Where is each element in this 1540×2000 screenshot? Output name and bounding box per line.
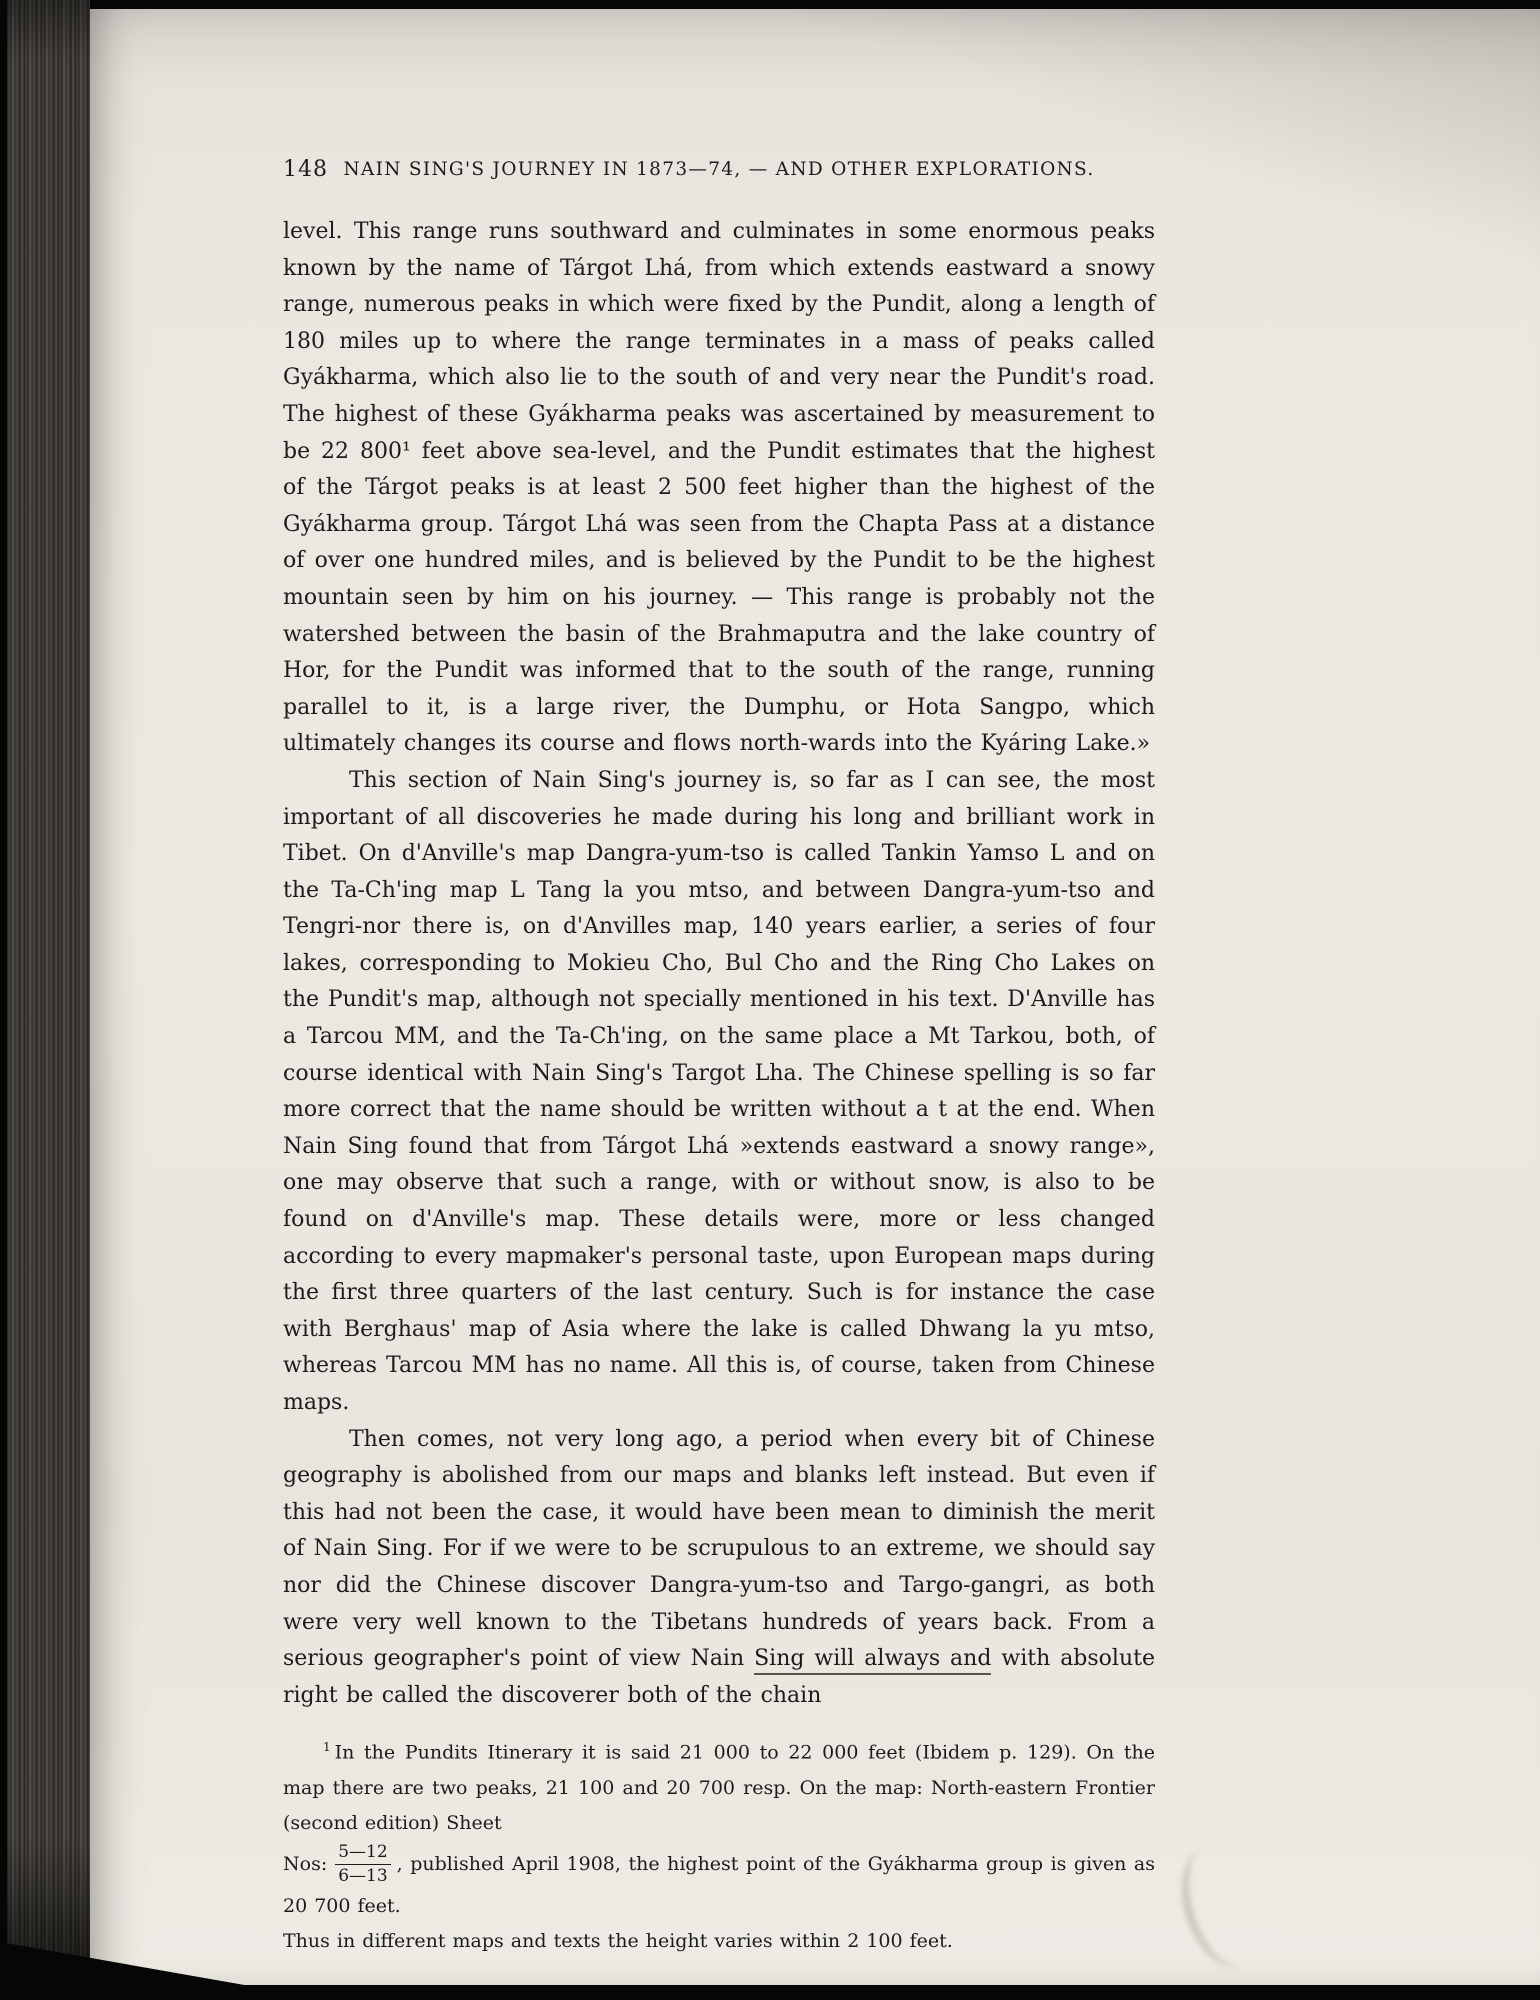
footnote-last-line: Thus in different maps and texts the hei… bbox=[283, 1924, 1155, 1959]
paragraph-1: level. This range runs southward and cul… bbox=[283, 214, 1155, 763]
smudge-mark bbox=[1168, 1835, 1281, 1978]
page-header: 148 NAIN SING'S JOURNEY IN 1873—74, — AN… bbox=[283, 157, 1155, 187]
footnote-text-1: In the Pundits Itinerary it is said 21 0… bbox=[283, 1742, 1155, 1834]
footnote-text-2: , published April 1908, the highest poin… bbox=[283, 1853, 1155, 1917]
footnote: 1In the Pundits Itinerary it is said 21 … bbox=[283, 1730, 1155, 1958]
fraction-denominator: 6—13 bbox=[335, 1865, 390, 1887]
footnote-sheet-line: Nos:5—126—13, published April 1908, the … bbox=[283, 1841, 1155, 1924]
fraction-numerator: 5—12 bbox=[335, 1843, 390, 1866]
page-number: 148 bbox=[283, 157, 328, 182]
footnote-paragraph: 1In the Pundits Itinerary it is said 21 … bbox=[283, 1730, 1155, 1840]
sheet-nos-label: Nos: bbox=[283, 1853, 327, 1875]
footnote-marker: 1 bbox=[323, 1740, 331, 1754]
page-content: 148 NAIN SING'S JOURNEY IN 1873—74, — AN… bbox=[90, 9, 1155, 1959]
underlined-text: Sing will always and bbox=[754, 1646, 991, 1675]
page-body: level. This range runs southward and cul… bbox=[283, 214, 1155, 1714]
book-spine-page-edges bbox=[7, 0, 90, 1962]
paragraph-3: Then comes, not very long ago, a period … bbox=[283, 1422, 1155, 1715]
running-title: NAIN SING'S JOURNEY IN 1873—74, — AND OT… bbox=[283, 157, 1155, 180]
page-paper: 148 NAIN SING'S JOURNEY IN 1873—74, — AN… bbox=[90, 9, 1540, 1985]
scanned-book-page: 148 NAIN SING'S JOURNEY IN 1873—74, — AN… bbox=[0, 0, 1540, 2000]
paragraph-2: This section of Nain Sing's journey is, … bbox=[283, 763, 1155, 1422]
paragraph-3-text: Then comes, not very long ago, a period … bbox=[283, 1427, 1155, 1672]
sheet-number-fraction: 5—126—13 bbox=[335, 1843, 390, 1887]
